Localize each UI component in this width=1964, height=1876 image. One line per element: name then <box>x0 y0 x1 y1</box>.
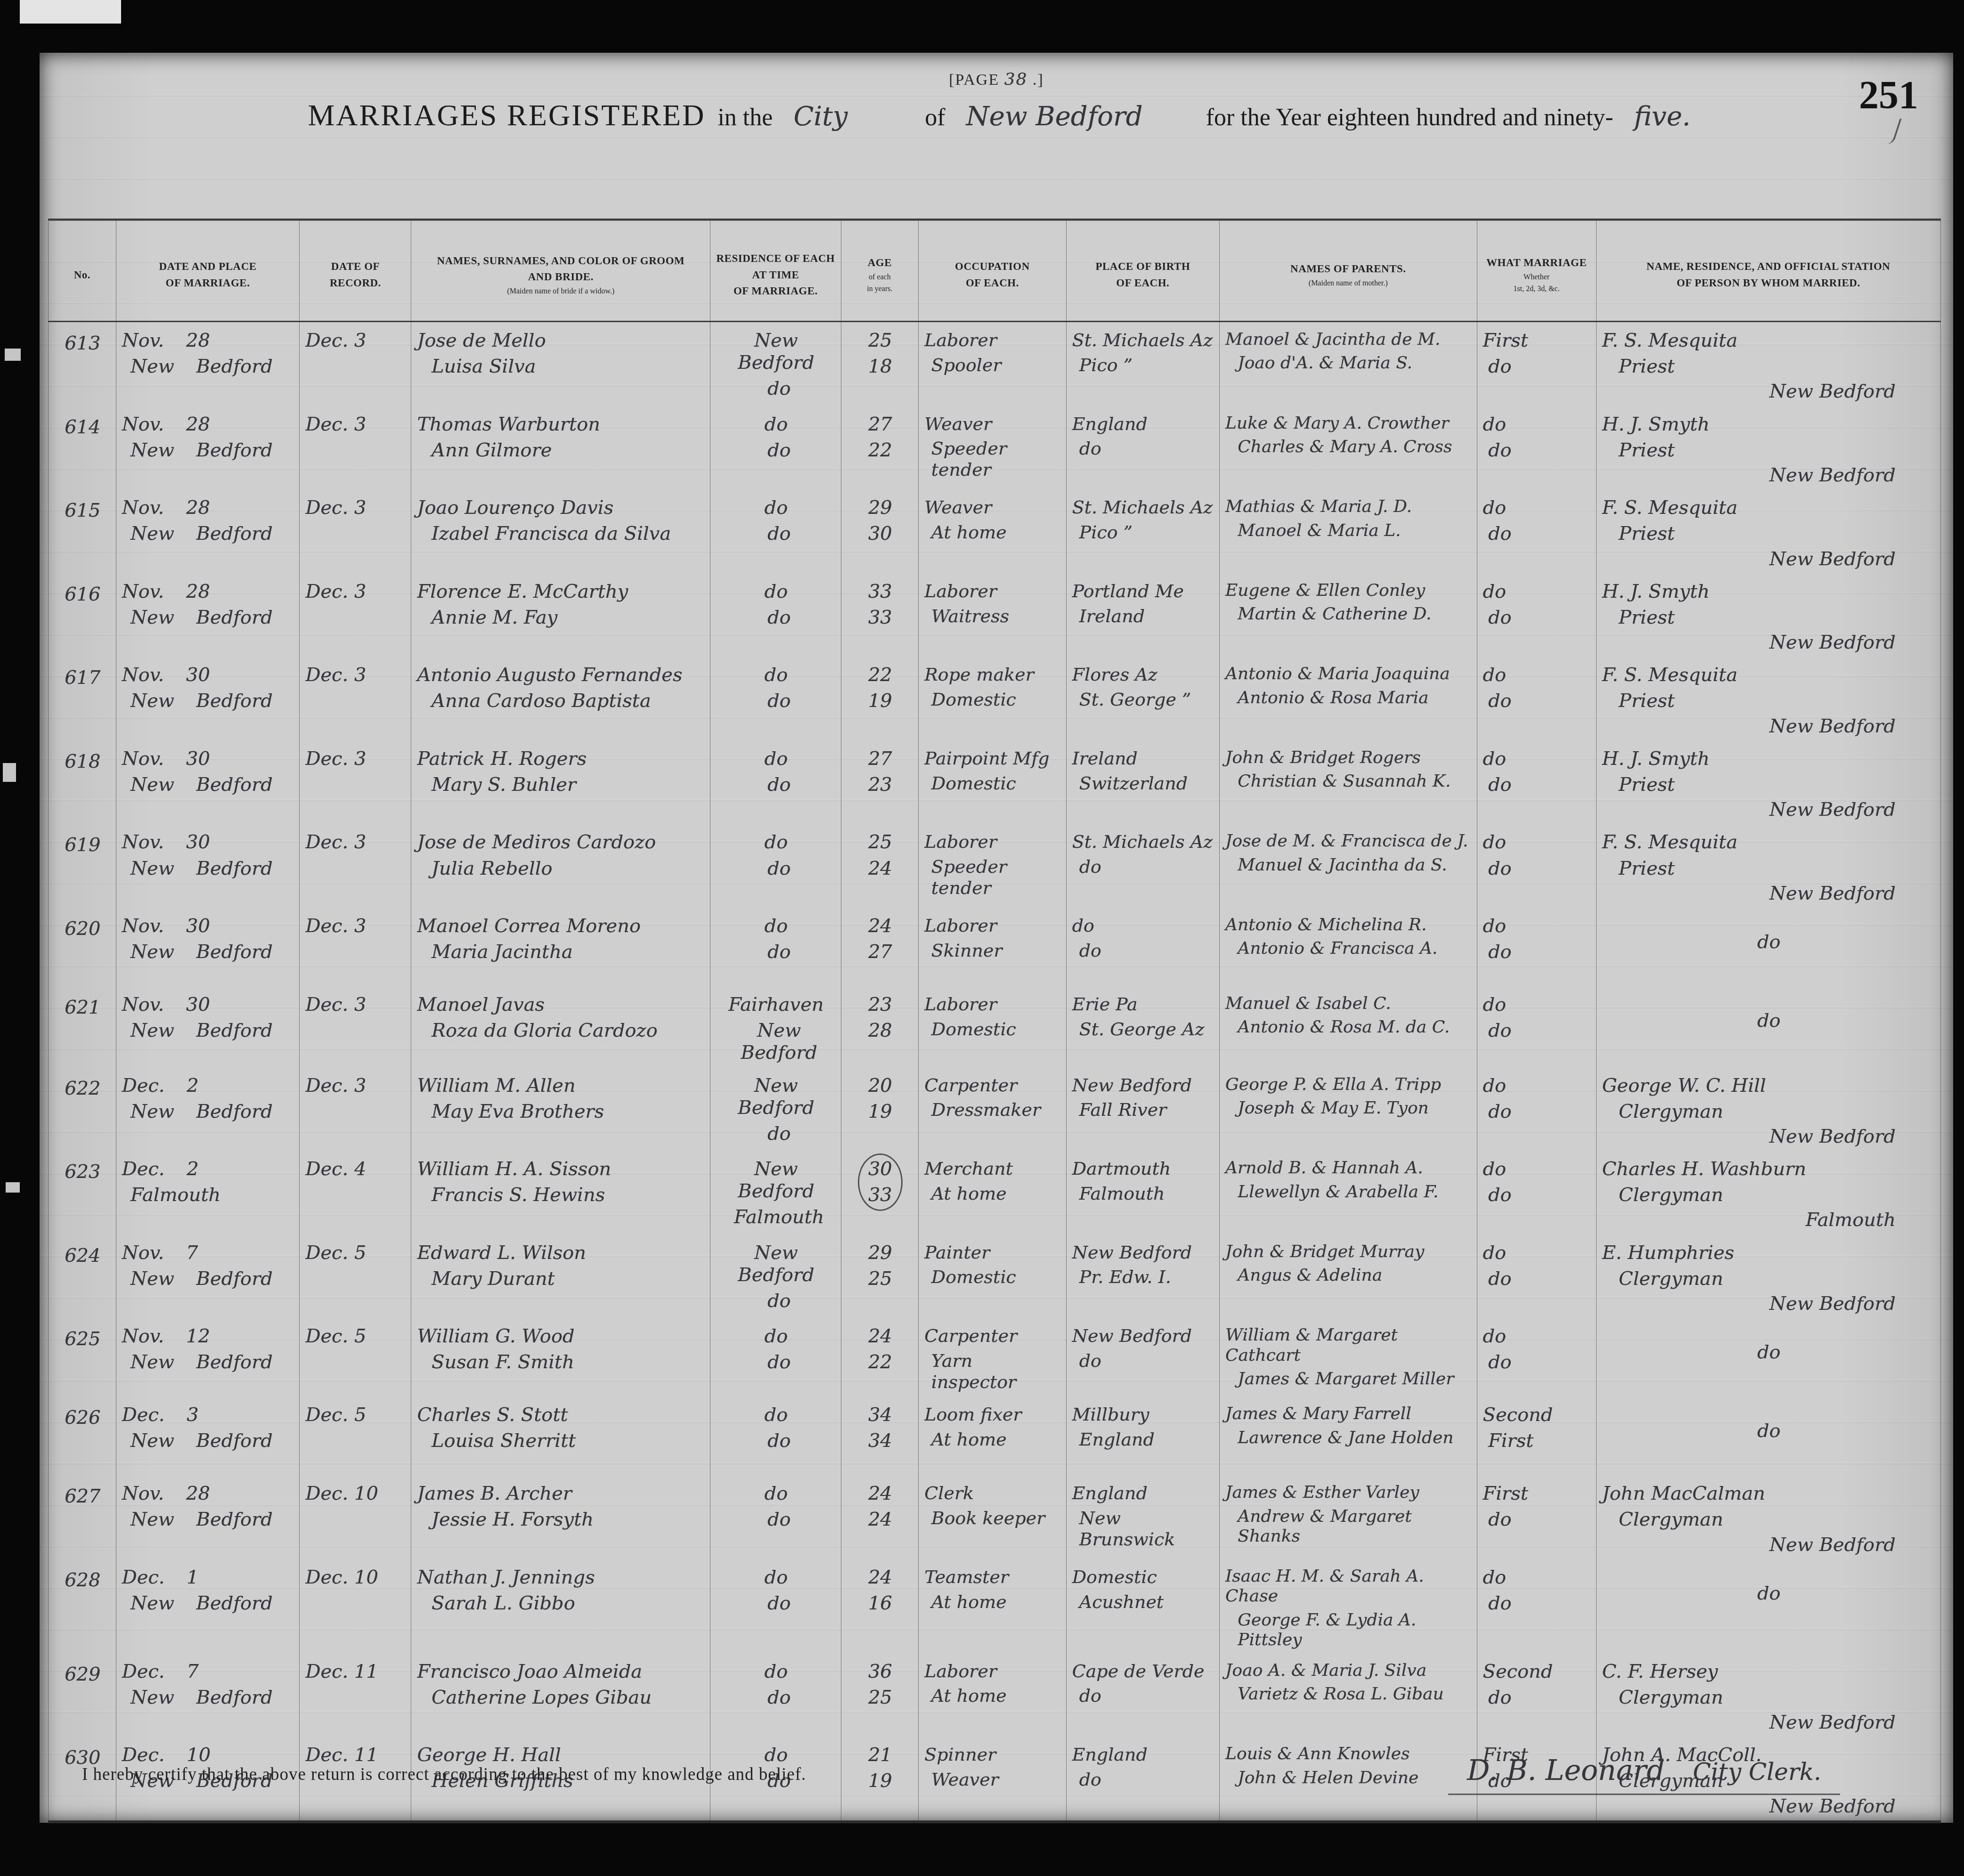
officiant-residence: New Bedford <box>1769 883 1896 904</box>
cell-occupation: Painter Domestic <box>919 1234 1066 1318</box>
cell-date-of-record: Dec. 3 <box>300 573 411 657</box>
officiant-station: Priest <box>1619 523 1675 544</box>
cell-occupation: Weaver At home <box>919 489 1066 573</box>
marriage-place: New Bedford <box>130 858 273 879</box>
groom-age: 25 <box>868 831 892 853</box>
cell-date-of-record: Dec. 5 <box>300 1234 411 1318</box>
officiant-station: Priest <box>1619 439 1675 461</box>
cell-date-place-of-marriage: Nov. 30 New Bedford <box>116 740 300 824</box>
bride-occupation: Domestic <box>931 1267 1016 1287</box>
cell-occupation: Weaver Speeder tender <box>919 406 1066 490</box>
marriage-place: New Bedford <box>130 607 273 628</box>
groom-birthplace: New Bedford <box>1072 1075 1192 1096</box>
bride-age: 16 <box>868 1592 892 1614</box>
cell-residence: do do <box>710 406 841 490</box>
groom-occupation: Laborer <box>924 1661 997 1681</box>
officiant-station: do <box>1757 1010 1781 1031</box>
cell-place-of-birth: England do <box>1067 406 1220 490</box>
column-header-place-of-birth: PLACE OF BIRTHOF EACH. <box>1067 221 1220 321</box>
bride-age: 19 <box>868 690 892 712</box>
groom-birthplace: England <box>1072 1483 1148 1503</box>
officiant-residence: New Bedford <box>1769 464 1896 486</box>
bride-birthplace: Acushnet <box>1079 1592 1164 1612</box>
bride-birthplace: Ireland <box>1079 606 1145 626</box>
cell-names: James B. Archer Jessie H. Forsyth <box>411 1475 710 1559</box>
marriage-place: Falmouth <box>130 1184 220 1206</box>
cell-place-of-birth: New Bedford do <box>1067 1318 1220 1397</box>
record-date: Dec. 5 <box>305 1242 366 1264</box>
groom-parents: William & Margaret Cathcart <box>1225 1325 1398 1364</box>
column-header-age: AGEof eachin years. <box>841 221 919 321</box>
groom-birthplace: St. Michaels Az <box>1072 497 1213 518</box>
officiant-name: E. Humphries <box>1602 1242 1735 1264</box>
bride-residence: do <box>767 1123 791 1145</box>
groom-residence: do <box>765 581 788 602</box>
table-row: 625 Nov. 12 New Bedford Dec. 5 William G… <box>48 1318 1941 1397</box>
bride-residence: do <box>767 690 791 712</box>
marriage-date: Nov. 30 <box>122 664 210 686</box>
groom-parents: Luke & Mary A. Crowther <box>1225 414 1449 433</box>
cell-residence: Fairhaven New Bedford <box>710 986 841 1067</box>
cell-date-of-record: Dec. 3 <box>300 322 411 406</box>
officiant-residence: New Bedford <box>1769 1126 1896 1147</box>
page-bracket-label: [PAGE 38 .] <box>40 70 1953 89</box>
column-header-residence: RESIDENCE OF EACHAT TIMEOF MARRIAGE. <box>710 221 841 321</box>
marriage-place: New Bedford <box>130 356 273 377</box>
cell-date-place-of-marriage: Nov. 28 New Bedford <box>116 573 300 657</box>
groom-occupation: Carpenter <box>924 1075 1017 1096</box>
cell-what-marriage: do do <box>1477 1559 1597 1653</box>
cell-ages: 24 24 <box>841 1475 919 1559</box>
bride-age: 25 <box>868 1268 892 1290</box>
cell-names: Florence E. McCarthy Annie M. Fay <box>411 573 710 657</box>
officiant-residence: New Bedford <box>1769 799 1896 820</box>
groom-occupation: Rope maker <box>924 664 1034 685</box>
officiant-station: do <box>1757 1583 1781 1604</box>
groom-occupation: Merchant <box>924 1158 1013 1179</box>
officiant-station: Priest <box>1619 607 1675 628</box>
marriage-date: Nov. 28 <box>122 581 210 602</box>
groom-age: 27 <box>868 748 892 770</box>
record-number: 626 <box>65 1407 100 1429</box>
groom-birthplace: New Bedford <box>1072 1242 1192 1263</box>
cell-occupation: Laborer Speeder tender <box>919 824 1066 908</box>
groom-occupation: Clerk <box>924 1483 974 1503</box>
groom-age: 25 <box>868 330 892 351</box>
bride-marriage-ordinal: do <box>1488 439 1512 461</box>
groom-marriage-ordinal: do <box>1483 1325 1507 1347</box>
cell-married-by: do <box>1597 1559 1941 1653</box>
cell-names: Manoel Correa Moreno Maria Jacintha <box>411 908 710 986</box>
marriage-date: Nov. 7 <box>122 1242 198 1264</box>
officiant-station: Clergyman <box>1619 1101 1723 1122</box>
cell-what-marriage: do do <box>1477 573 1597 657</box>
cell-date-place-of-marriage: Nov. 30 New Bedford <box>116 908 300 986</box>
record-number: 621 <box>65 997 100 1018</box>
table-row: 620 Nov. 30 New Bedford Dec. 3 Manoel Co… <box>48 908 1941 986</box>
record-number: 619 <box>65 834 100 856</box>
groom-age: 23 <box>868 994 892 1015</box>
groom-occupation: Laborer <box>924 994 997 1015</box>
bride-parents: Antonio & Rosa Maria <box>1238 688 1428 707</box>
groom-name: Francisco Joao Almeida <box>417 1661 642 1682</box>
groom-marriage-ordinal: do <box>1483 664 1507 686</box>
cell-what-marriage: Second First <box>1477 1397 1597 1475</box>
bride-parents: Angus & Adelina <box>1238 1266 1382 1285</box>
groom-age: 30 <box>868 1158 892 1180</box>
bride-name: Julia Rebello <box>432 858 553 879</box>
bride-age: 33 <box>868 607 892 628</box>
bride-parents: Varietz & Rosa L. Gibau <box>1238 1684 1443 1704</box>
groom-birthplace: Flores Az <box>1072 664 1157 685</box>
bride-occupation: At home <box>931 1429 1007 1450</box>
cell-residence: do do <box>710 740 841 824</box>
cell-what-marriage: do do <box>1477 1151 1597 1234</box>
groom-marriage-ordinal: do <box>1483 1242 1507 1264</box>
officiant-residence: New Bedford <box>1769 1293 1896 1315</box>
bride-birthplace: St. George Az <box>1079 1019 1205 1040</box>
bride-name: May Eva Brothers <box>432 1101 604 1122</box>
cell-occupation: Carpenter Yarn inspector <box>919 1318 1066 1397</box>
groom-age: 33 <box>868 581 892 602</box>
bride-name: Susan F. Smith <box>432 1351 574 1373</box>
groom-birthplace: Portland Me <box>1072 581 1184 601</box>
cell-record-number: 626 <box>48 1397 116 1475</box>
marriage-date: Nov. 28 <box>122 1483 210 1504</box>
record-date: Dec. 3 <box>305 748 366 770</box>
cell-names-of-parents: Mathias & Maria J. D. Manoel & Maria L. <box>1220 489 1477 573</box>
cell-what-marriage: do do <box>1477 1067 1597 1151</box>
cell-names: Edward L. Wilson Mary Durant <box>411 1234 710 1318</box>
groom-parents: Jose de M. & Francisca de J. <box>1225 831 1468 851</box>
cell-record-number: 619 <box>48 824 116 908</box>
bride-parents: Lawrence & Jane Holden <box>1238 1428 1453 1447</box>
bride-marriage-ordinal: do <box>1488 356 1512 377</box>
record-number: 613 <box>65 333 100 354</box>
groom-name: Edward L. Wilson <box>417 1242 586 1264</box>
groom-marriage-ordinal: do <box>1483 581 1507 602</box>
marriage-date: Dec. 7 <box>122 1661 199 1682</box>
cell-date-place-of-marriage: Nov. 28 New Bedford <box>116 406 300 490</box>
groom-age: 24 <box>868 1567 892 1588</box>
cell-residence: New Bedford Falmouth <box>710 1151 841 1234</box>
cell-place-of-birth: New Bedford Fall River <box>1067 1067 1220 1151</box>
bride-name: Luisa Silva <box>432 356 536 377</box>
bride-name: Annie M. Fay <box>432 607 557 628</box>
bride-name: Jessie H. Forsyth <box>432 1509 594 1530</box>
cell-names-of-parents: Arnold B. & Hannah A. Llewellyn & Arabel… <box>1220 1151 1477 1234</box>
marriage-date: Nov. 12 <box>122 1325 210 1347</box>
groom-residence: do <box>765 1661 788 1682</box>
record-date: Dec. 3 <box>305 664 366 686</box>
cell-what-marriage: do do <box>1477 824 1597 908</box>
groom-occupation: Laborer <box>924 831 997 852</box>
bride-marriage-ordinal: do <box>1488 607 1512 628</box>
officiant-name: H. J. Smyth <box>1602 748 1710 770</box>
cell-names: William G. Wood Susan F. Smith <box>411 1318 710 1397</box>
cell-residence: do do <box>710 1475 841 1559</box>
bride-parents: Christian & Susannah K. <box>1238 772 1451 791</box>
groom-name: Jose de Mello <box>417 330 546 351</box>
officiant-station: Priest <box>1619 774 1675 796</box>
marriage-date: Nov. 30 <box>122 748 210 770</box>
groom-name: Patrick H. Rogers <box>417 748 587 770</box>
officiant-residence: New Bedford <box>1769 1795 1896 1817</box>
cell-place-of-birth: Erie Pa St. George Az <box>1067 986 1220 1067</box>
cell-occupation: Carpenter Dressmaker <box>919 1067 1066 1151</box>
groom-residence: do <box>765 831 788 853</box>
groom-occupation: Painter <box>924 1242 990 1263</box>
record-number: 618 <box>65 751 100 772</box>
column-header-names-surnames-color: NAMES, SURNAMES, AND COLOR OF GROOMAND B… <box>411 221 710 321</box>
cell-married-by: John MacCalman Clergyman New Bedford <box>1597 1475 1941 1559</box>
groom-name: Antonio Augusto Fernandes <box>417 664 682 686</box>
clerk-signature-block: D. B. Leonard City Clerk. <box>1448 1754 1840 1795</box>
cell-married-by: E. Humphries Clergyman New Bedford <box>1597 1234 1941 1318</box>
marriage-date: Dec. 2 <box>122 1075 199 1096</box>
bride-parents: James & Margaret Miller <box>1238 1369 1454 1389</box>
groom-name: William H. A. Sisson <box>417 1158 611 1180</box>
bride-birthplace: Fall River <box>1079 1099 1167 1120</box>
cell-date-place-of-marriage: Nov. 7 New Bedford <box>116 1234 300 1318</box>
marriage-date: Nov. 28 <box>122 330 210 351</box>
table-row: 621 Nov. 30 New Bedford Dec. 3 Manoel Ja… <box>48 986 1941 1067</box>
marriage-place: New Bedford <box>130 774 273 796</box>
page-title: MARRIAGES REGISTERED in the City of New … <box>110 98 1897 133</box>
groom-name: Thomas Warburton <box>417 414 600 435</box>
title-for-the-year: for the Year eighteen hundred and ninety… <box>1206 104 1614 131</box>
table-row: 624 Nov. 7 New Bedford Dec. 5 Edward L. … <box>48 1234 1941 1318</box>
bride-residence: do <box>767 378 791 399</box>
cell-date-place-of-marriage: Nov. 30 New Bedford <box>116 657 300 740</box>
groom-name: Charles S. Stott <box>417 1404 568 1426</box>
bride-marriage-ordinal: do <box>1488 1509 1512 1530</box>
marriage-register-table: No.DATE AND PLACEOF MARRIAGE.DATE OFRECO… <box>48 219 1941 1823</box>
cell-place-of-birth: New Bedford Pr. Edw. I. <box>1067 1234 1220 1318</box>
cell-ages: 36 25 <box>841 1653 919 1737</box>
groom-birthplace: New Bedford <box>1072 1325 1192 1346</box>
cell-place-of-birth: Domestic Acushnet <box>1067 1559 1220 1653</box>
cell-ages: 24 22 <box>841 1318 919 1397</box>
bride-parents: Manuel & Jacintha da S. <box>1238 855 1447 875</box>
cell-what-marriage: do do <box>1477 489 1597 573</box>
bride-occupation: Dressmaker <box>931 1099 1041 1120</box>
groom-occupation: Loom fixer <box>924 1404 1022 1425</box>
marriage-date: Nov. 30 <box>122 915 210 937</box>
record-number: 623 <box>65 1161 100 1183</box>
groom-name: Manoel Javas <box>417 994 545 1015</box>
cell-ages: 27 23 <box>841 740 919 824</box>
bride-birthplace: do <box>1079 1350 1101 1371</box>
cell-what-marriage: do do <box>1477 657 1597 740</box>
groom-marriage-ordinal: do <box>1483 1075 1507 1096</box>
bride-parents: George F. & Lydia A. Pittsley <box>1238 1610 1416 1649</box>
cell-names-of-parents: James & Esther Varley Andrew & Margaret … <box>1220 1475 1477 1559</box>
cell-names-of-parents: Manuel & Isabel C. Antonio & Rosa M. da … <box>1220 986 1477 1067</box>
record-date: Dec. 3 <box>305 414 366 435</box>
groom-age: 36 <box>868 1661 892 1682</box>
bride-occupation: Skinner <box>931 940 1002 961</box>
record-number: 615 <box>65 500 100 521</box>
cell-ages: 25 24 <box>841 824 919 908</box>
cell-record-number: 624 <box>48 1234 116 1318</box>
cell-married-by: do <box>1597 908 1941 986</box>
officiant-station: Clergyman <box>1619 1509 1723 1530</box>
bride-birthplace: New Brunswick <box>1079 1508 1175 1550</box>
cell-occupation: Teamster At home <box>919 1559 1066 1653</box>
cell-record-number: 617 <box>48 657 116 740</box>
cell-names: Manoel Javas Roza da Gloria Cardozo <box>411 986 710 1067</box>
cell-names: William H. A. Sisson Francis S. Hewins <box>411 1151 710 1234</box>
bride-marriage-ordinal: do <box>1488 523 1512 544</box>
bride-age: 34 <box>868 1430 892 1452</box>
cell-what-marriage: do do <box>1477 406 1597 490</box>
cell-what-marriage: First do <box>1477 1475 1597 1559</box>
table-body: 613 Nov. 28 New Bedford Dec. 3 Jose de M… <box>48 322 1941 1820</box>
cell-date-place-of-marriage: Dec. 1 New Bedford <box>116 1559 300 1653</box>
bride-age: 24 <box>868 1509 892 1530</box>
groom-birthplace: Millbury <box>1072 1404 1149 1425</box>
film-artifact <box>3 763 16 782</box>
bride-occupation: At home <box>931 1183 1007 1204</box>
cell-names: Thomas Warburton Ann Gilmore <box>411 406 710 490</box>
certification-footer: I hereby certify that the above return i… <box>82 1754 1906 1795</box>
bride-birthplace: Switzerland <box>1079 773 1188 794</box>
title-marriages-registered: MARRIAGES REGISTERED <box>308 98 705 133</box>
groom-birthplace: St. Michaels Az <box>1072 831 1213 852</box>
groom-marriage-ordinal: do <box>1483 414 1507 435</box>
bride-marriage-ordinal: do <box>1488 1268 1512 1290</box>
groom-name: William M. Allen <box>417 1075 575 1096</box>
groom-marriage-ordinal: do <box>1483 497 1507 519</box>
cell-ages: 27 22 <box>841 406 919 490</box>
cell-date-place-of-marriage: Nov. 30 New Bedford <box>116 824 300 908</box>
groom-marriage-ordinal: Second <box>1483 1661 1553 1682</box>
record-date: Dec. 4 <box>305 1158 366 1180</box>
scanned-register-page: { "page": { "bracket_prefix": "[PAGE", "… <box>0 0 1964 1876</box>
officiant-residence: New Bedford <box>1769 1712 1896 1733</box>
table-row: 623 Dec. 2 Falmouth Dec. 4 William H. A.… <box>48 1151 1941 1234</box>
bride-age: 30 <box>868 523 892 544</box>
groom-residence: do <box>765 748 788 770</box>
bride-age: 22 <box>868 439 892 461</box>
record-date: Dec. 10 <box>305 1483 378 1504</box>
cell-date-place-of-marriage: Dec. 2 Falmouth <box>116 1151 300 1234</box>
cell-residence: do do <box>710 1559 841 1653</box>
groom-age: 27 <box>868 414 892 435</box>
cell-names: Nathan J. Jennings Sarah L. Gibbo <box>411 1559 710 1653</box>
record-date: Dec. 5 <box>305 1325 366 1347</box>
bride-parents: Antonio & Francisca A. <box>1238 939 1437 958</box>
groom-age: 34 <box>868 1404 892 1426</box>
column-header-person-by-whom-married: NAME, RESIDENCE, AND OFFICIAL STATIONOF … <box>1597 221 1941 321</box>
cell-names-of-parents: Joao A. & Maria J. Silva Varietz & Rosa … <box>1220 1653 1477 1737</box>
cell-residence: New Bedford do <box>710 1234 841 1318</box>
record-number: 624 <box>65 1245 100 1267</box>
bride-marriage-ordinal: do <box>1488 1101 1512 1122</box>
officiant-name: C. F. Hersey <box>1602 1661 1718 1682</box>
groom-age: 24 <box>868 1483 892 1504</box>
officiant-name: George W. C. Hill <box>1602 1075 1766 1096</box>
cell-record-number: 629 <box>48 1653 116 1737</box>
bride-marriage-ordinal: do <box>1488 690 1512 712</box>
table-row: 626 Dec. 3 New Bedford Dec. 5 Charles S.… <box>48 1397 1941 1475</box>
title-place-handwritten: New Bedford <box>958 101 1151 132</box>
cell-occupation: Laborer Skinner <box>919 908 1066 986</box>
cell-married-by: F. S. Mesquita Priest New Bedford <box>1597 322 1941 406</box>
groom-residence: do <box>765 414 788 435</box>
cell-place-of-birth: do do <box>1067 908 1220 986</box>
cell-ages: 34 34 <box>841 1397 919 1475</box>
title-in-the: in the <box>717 104 773 131</box>
bride-occupation: At home <box>931 1685 1007 1706</box>
cell-married-by: H. J. Smyth Priest New Bedford <box>1597 406 1941 490</box>
bride-name: Catherine Lopes Gibau <box>432 1687 652 1708</box>
bride-marriage-ordinal: First <box>1488 1430 1533 1452</box>
groom-birthplace: England <box>1072 414 1148 434</box>
marriage-place: New Bedford <box>130 941 273 963</box>
officiant-name: H. J. Smyth <box>1602 581 1710 602</box>
bride-parents: Charles & Mary A. Cross <box>1238 437 1452 456</box>
groom-residence: do <box>765 1325 788 1347</box>
cell-date-place-of-marriage: Nov. 28 New Bedford <box>116 1475 300 1559</box>
bride-age: 23 <box>868 774 892 796</box>
bride-residence: do <box>767 1430 791 1452</box>
groom-marriage-ordinal: do <box>1483 994 1507 1015</box>
groom-marriage-ordinal: Second <box>1483 1404 1553 1426</box>
bride-residence: do <box>767 774 791 796</box>
groom-residence: do <box>765 497 788 519</box>
column-header-names-of-parents: NAMES OF PARENTS.(Maiden name of mother.… <box>1220 221 1477 321</box>
groom-residence: Fairhaven <box>728 994 823 1015</box>
cell-residence: New Bedford do <box>710 322 841 406</box>
cell-residence: do do <box>710 1653 841 1737</box>
groom-occupation: Weaver <box>924 414 992 434</box>
cell-names-of-parents: Antonio & Michelina R. Antonio & Francis… <box>1220 908 1477 986</box>
groom-marriage-ordinal: First <box>1483 330 1528 351</box>
groom-parents: Joao A. & Maria J. Silva <box>1225 1661 1426 1680</box>
column-header-date-of-record: DATE OFRECORD. <box>300 221 411 321</box>
table-row: 618 Nov. 30 New Bedford Dec. 3 Patrick H… <box>48 740 1941 824</box>
cell-married-by: do <box>1597 1318 1941 1397</box>
cell-date-of-record: Dec. 11 <box>300 1653 411 1737</box>
groom-parents: James & Mary Farrell <box>1225 1404 1411 1423</box>
cell-married-by: George W. C. Hill Clergyman New Bedford <box>1597 1067 1941 1151</box>
film-corner-label <box>20 0 121 24</box>
cell-date-of-record: Dec. 10 <box>300 1559 411 1653</box>
cell-place-of-birth: England New Brunswick <box>1067 1475 1220 1559</box>
cell-place-of-birth: St. Michaels Az Pico ” <box>1067 489 1220 573</box>
bride-marriage-ordinal: do <box>1488 1351 1512 1373</box>
page-bracket-prefix: [PAGE <box>949 71 999 89</box>
marriage-place: New Bedford <box>130 1020 273 1041</box>
officiant-station: Clergyman <box>1619 1184 1723 1206</box>
marriage-date: Nov. 28 <box>122 414 210 435</box>
cell-married-by: do <box>1597 1397 1941 1475</box>
cell-ages: 24 16 <box>841 1559 919 1653</box>
bride-parents: Llewellyn & Arabella F. <box>1238 1182 1438 1202</box>
cell-place-of-birth: St. Michaels Az Pico ” <box>1067 322 1220 406</box>
officiant-name: John MacCalman <box>1602 1483 1765 1504</box>
groom-occupation: Carpenter <box>924 1325 1017 1346</box>
cell-names-of-parents: John & Bridget Murray Angus & Adelina <box>1220 1234 1477 1318</box>
cell-date-of-record: Dec. 3 <box>300 657 411 740</box>
record-number: 628 <box>65 1569 100 1591</box>
cell-occupation: Laborer Waitress <box>919 573 1066 657</box>
officiant-station: do <box>1757 1341 1781 1363</box>
cell-place-of-birth: Portland Me Ireland <box>1067 573 1220 657</box>
bride-marriage-ordinal: do <box>1488 858 1512 879</box>
